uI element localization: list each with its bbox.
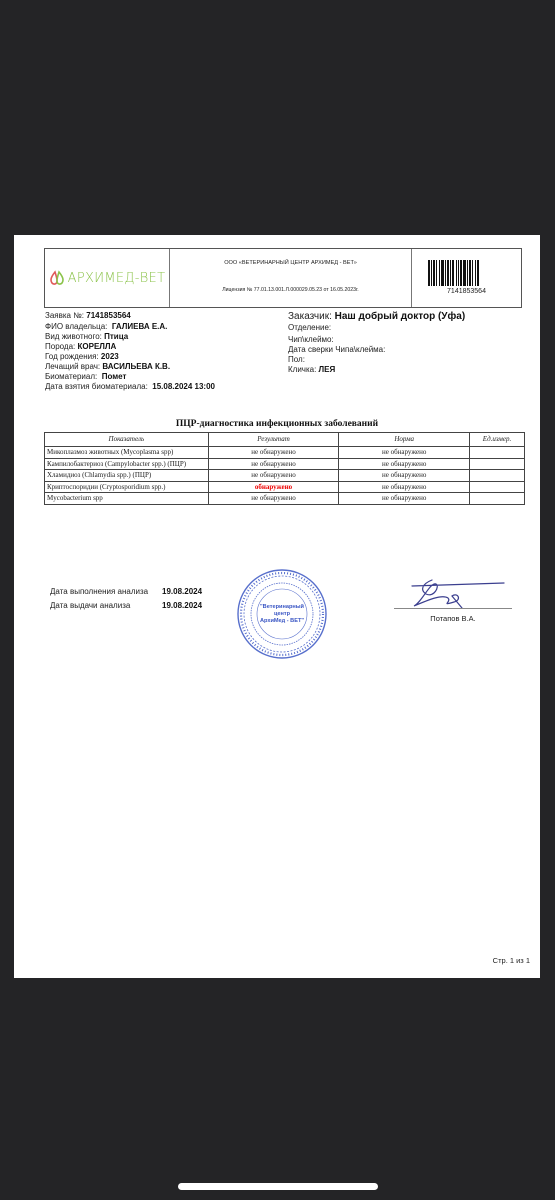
norm-cell: не обнаружено [339, 470, 470, 482]
logo-cell: АРХИМЕД-ВЕТ [45, 249, 170, 307]
result-cell: не обнаружено [208, 470, 339, 482]
result-cell: обнаружено [208, 481, 339, 493]
result-cell: не обнаружено [208, 458, 339, 470]
table-row: Хламидиоз (Chlamydia spp.) (ПЦР)не обнар… [45, 470, 525, 482]
signature-line [394, 608, 512, 609]
table-row: Mycobacterium sppне обнаруженоне обнаруж… [45, 493, 525, 505]
stamp-text-2: центр [274, 611, 291, 617]
organization-name: ООО «ВЕТЕРИНАРНЫЙ ЦЕНТР АРХИМЕД - ВЕТ» [170, 260, 411, 266]
norm-cell: не обнаружено [339, 481, 470, 493]
client-info: Заказчик: Наш добрый доктор (Уфа) Отделе… [288, 311, 465, 375]
unit-cell [470, 481, 525, 493]
pet-name: Кличка: ЛЕЯ [288, 365, 465, 375]
results-table: Показатель Результат Норма Ед.измер. Мик… [44, 432, 525, 505]
stamp-text-1: "Ветеринарный [260, 603, 304, 610]
logo: АРХИМЕД-ВЕТ [49, 270, 166, 286]
chip: Чип\клеймо: [288, 335, 465, 345]
stamp-text-3: АрхиМед - ВЕТ" [260, 618, 304, 624]
barcode-icon [428, 260, 492, 286]
table-row: Микоплазмоз животных (Mycoplasma spp)не … [45, 447, 525, 459]
column-header: Ед.измер. [470, 433, 525, 447]
logo-drop-icon [49, 270, 65, 286]
header-divider [44, 307, 522, 308]
barcode-number: 7141853564 [412, 288, 521, 295]
patient-info: Заявка №: 7141853564 ФИО владельца: ГАЛИ… [45, 311, 215, 392]
analysis-date: Дата выполнения анализа19.08.2024 [50, 585, 202, 599]
column-header: Результат [208, 433, 339, 447]
unit-cell [470, 458, 525, 470]
license-text: Лицензия № 77.01.13.001.Л.000029.05.23 о… [170, 287, 411, 293]
table-row: Кампилобактериоз (Campylobacter spp.) (П… [45, 458, 525, 470]
sex: Пол: [288, 355, 465, 365]
indicator-cell: Криптоспоридии (Cryptosporidium spp.) [45, 481, 209, 493]
owner-name: ФИО владельца: ГАЛИЕВА Е.А. [45, 322, 215, 332]
sample-date: Дата взятия биоматериала: 15.08.2024 13:… [45, 382, 215, 392]
document-page: АРХИМЕД-ВЕТ ООО «ВЕТЕРИНАРНЫЙ ЦЕНТР АРХИ… [14, 235, 540, 978]
department: Отделение: [288, 323, 465, 333]
norm-cell: не обнаружено [339, 458, 470, 470]
breed: Порода: КОРЕЛЛА [45, 342, 215, 352]
norm-cell: не обнаружено [339, 447, 470, 459]
issue-date: Дата выдачи анализа19.08.2024 [50, 599, 202, 613]
document-header: АРХИМЕД-ВЕТ ООО «ВЕТЕРИНАРНЫЙ ЦЕНТР АРХИ… [44, 248, 522, 307]
barcode-cell: 7141853564 [412, 249, 521, 307]
organization-cell: ООО «ВЕТЕРИНАРНЫЙ ЦЕНТР АРХИМЕД - ВЕТ» Л… [170, 249, 412, 307]
indicator-cell: Кампилобактериоз (Campylobacter spp.) (П… [45, 458, 209, 470]
analysis-dates: Дата выполнения анализа19.08.2024 Дата в… [50, 585, 202, 613]
result-cell: не обнаружено [208, 493, 339, 505]
indicator-cell: Mycobacterium spp [45, 493, 209, 505]
column-header: Норма [339, 433, 470, 447]
table-row: Криптоспоридии (Cryptosporidium spp.)обн… [45, 481, 525, 493]
page-number: Стр. 1 из 1 [493, 956, 530, 965]
animal-type: Вид животного: Птица [45, 332, 215, 342]
unit-cell [470, 447, 525, 459]
signer-name: Потапов В.А. [394, 614, 512, 623]
biomaterial: Биоматериал: Помет [45, 372, 215, 382]
logo-text: АРХИМЕД-ВЕТ [68, 271, 166, 286]
result-cell: не обнаружено [208, 447, 339, 459]
indicator-cell: Микоплазмоз животных (Mycoplasma spp) [45, 447, 209, 459]
column-header: Показатель [45, 433, 209, 447]
chip-check-date: Дата сверки Чипа\клейма: [288, 345, 465, 355]
home-indicator[interactable] [178, 1183, 378, 1190]
attending-doctor: Лечащий врач: ВАСИЛЬЕВА К.В. [45, 362, 215, 372]
unit-cell [470, 493, 525, 505]
unit-cell [470, 470, 525, 482]
results-title: ПЦР-диагностика инфекционных заболеваний [14, 419, 540, 429]
order-number: Заявка №: 7141853564 [45, 311, 215, 321]
norm-cell: не обнаружено [339, 493, 470, 505]
table-header-row: Показатель Результат Норма Ед.измер. [45, 433, 525, 447]
birth-year: Год рождения: 2023 [45, 352, 215, 362]
customer: Заказчик: Наш добрый доктор (Уфа) [288, 311, 465, 323]
signature-icon [392, 572, 512, 612]
stamp-icon: "Ветеринарный центр АрхиМед - ВЕТ" [236, 568, 328, 660]
indicator-cell: Хламидиоз (Chlamydia spp.) (ПЦР) [45, 470, 209, 482]
